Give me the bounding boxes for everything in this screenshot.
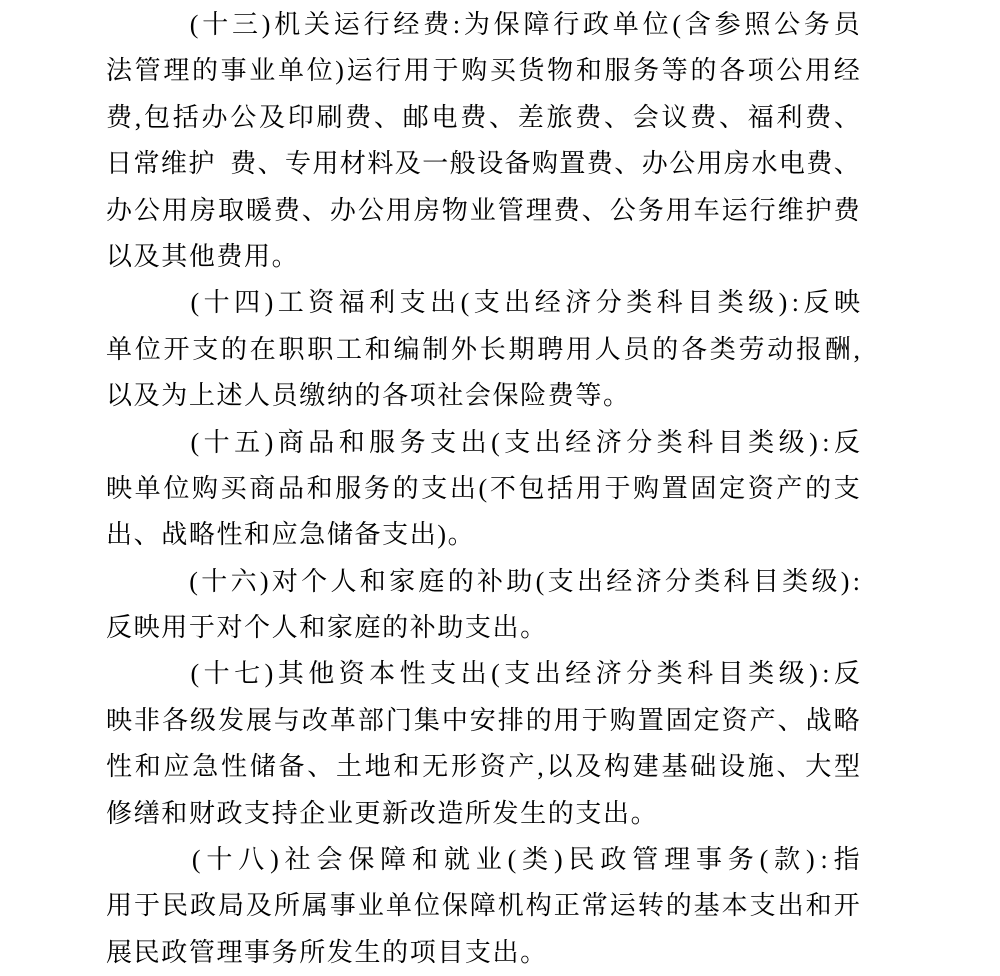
glyph: ( xyxy=(190,2,199,48)
glyph: 的 xyxy=(192,48,218,94)
glyph: 费 xyxy=(575,95,601,141)
glyph: 维 xyxy=(778,188,804,234)
glyph: ( xyxy=(190,420,199,466)
glyph: 展 xyxy=(246,698,272,744)
paragraph-十八: (十八)社会保障和就业(类)民政管理事务(款):指用于民政局及所属事业单位保障机… xyxy=(106,837,860,976)
glyph: : xyxy=(822,651,829,697)
glyph: 务 xyxy=(728,837,754,883)
glyph: 费 xyxy=(805,95,831,141)
glyph: 类 xyxy=(782,559,808,605)
glyph: 运 xyxy=(334,2,360,48)
text-line: (十六)对个人和家庭的补助(支出经济分类科目类级): xyxy=(106,559,860,605)
glyph: 编 xyxy=(394,327,420,373)
glyph: 购 xyxy=(633,466,659,512)
glyph: 科 xyxy=(687,420,713,466)
glyph: 福 xyxy=(339,280,365,326)
glyph: 公 xyxy=(774,2,800,48)
glyph: 转 xyxy=(638,883,664,929)
glyph: 位 xyxy=(163,466,189,512)
glyph: 经 xyxy=(606,559,632,605)
glyph: 费 xyxy=(806,141,832,187)
glyph: 备 xyxy=(505,141,531,187)
text-line: 反映用于对个人和家庭的补助支出。 xyxy=(106,605,860,651)
glyph: 及 xyxy=(395,141,421,187)
glyph: 位 xyxy=(307,48,333,94)
glyph: 、 xyxy=(374,95,400,141)
glyph: 费 xyxy=(216,234,242,280)
glyph: 以 xyxy=(106,234,132,280)
glyph: , xyxy=(537,744,544,790)
glyph: 购 xyxy=(192,466,218,512)
glyph: 资 xyxy=(339,651,365,697)
glyph: 安 xyxy=(470,698,496,744)
glyph: 理 xyxy=(664,837,690,883)
glyph: 支 xyxy=(474,280,500,326)
text-line: 修缮和财政支持企业更新改造所发生的支出。 xyxy=(106,791,860,837)
glyph: 买 xyxy=(221,466,247,512)
glyph: 费 xyxy=(460,95,486,141)
glyph: 支 xyxy=(834,466,860,512)
glyph: 形 xyxy=(451,744,477,790)
glyph: 类 xyxy=(657,420,683,466)
text-block: (十三)机关运行经费:为保障行政单位(含参照公务员法管理的事业单位)运行用于购买… xyxy=(106,2,860,976)
glyph: 固 xyxy=(666,698,692,744)
glyph: 社 xyxy=(437,373,463,419)
glyph: 和 xyxy=(576,48,602,94)
glyph: 排 xyxy=(498,698,524,744)
glyph: 十 xyxy=(204,280,230,326)
glyph: 公 xyxy=(230,95,256,141)
glyph: 房 xyxy=(190,188,216,234)
glyph: 职 xyxy=(307,327,333,373)
glyph: 费 xyxy=(548,373,574,419)
glyph: ) xyxy=(554,837,563,883)
glyph: 。 xyxy=(272,234,298,280)
glyph: ( xyxy=(672,2,681,48)
text-line: 出、战略性和应急储备支出)。 xyxy=(106,512,860,558)
glyph: 机 xyxy=(274,2,300,48)
glyph: 理 xyxy=(163,48,189,94)
glyph: 政 xyxy=(190,883,216,929)
glyph: 行 xyxy=(364,2,390,48)
glyph: 八 xyxy=(238,837,264,883)
glyph: 公 xyxy=(776,48,802,94)
glyph: 理 xyxy=(216,930,242,976)
glyph: 为 xyxy=(161,373,187,419)
glyph: 类 xyxy=(748,651,774,697)
glyph: 务 xyxy=(633,48,659,94)
glyph: 邮 xyxy=(403,95,429,141)
glyph: 济 xyxy=(636,559,662,605)
glyph: 助 xyxy=(437,605,463,651)
glyph: 企 xyxy=(299,791,325,837)
glyph: 支 xyxy=(504,651,530,697)
paragraph-十四: (十四)工资福利支出(支出经济分类科目类级):反映单位开支的在职职工和编制外长期… xyxy=(106,280,860,419)
glyph: ) xyxy=(809,420,818,466)
glyph: 映 xyxy=(106,698,132,744)
glyph: 保 xyxy=(348,837,374,883)
glyph: 分 xyxy=(626,651,652,697)
glyph: 事 xyxy=(330,883,356,929)
glyph: 集 xyxy=(414,698,440,744)
text-line: (十五)商品和服务支出(支出经济分类科目类级):反 xyxy=(106,420,860,466)
glyph: 产 xyxy=(750,698,776,744)
glyph: 济 xyxy=(565,280,591,326)
glyph: 外 xyxy=(451,327,477,373)
glyph: 支 xyxy=(504,420,530,466)
glyph: 目 xyxy=(718,420,744,466)
glyph: 参 xyxy=(715,2,741,48)
glyph: 般 xyxy=(450,141,476,187)
glyph: 单 xyxy=(278,48,304,94)
glyph: 于 xyxy=(582,698,608,744)
glyph: 述 xyxy=(216,373,242,419)
glyph: 支 xyxy=(575,791,601,837)
glyph: 项 xyxy=(410,930,436,976)
glyph: 的 xyxy=(354,373,380,419)
glyph: 材 xyxy=(340,141,366,187)
glyph: ( xyxy=(461,280,470,326)
glyph: 他 xyxy=(189,234,215,280)
glyph: 运 xyxy=(347,48,373,94)
glyph: 正 xyxy=(554,883,580,929)
document-page: { "page": { "background": "#ffffff", "te… xyxy=(0,0,1000,976)
glyph: 人 xyxy=(330,559,356,605)
glyph: 费 xyxy=(106,95,132,141)
glyph: 改 xyxy=(302,698,328,744)
glyph: 等 xyxy=(575,373,601,419)
glyph: 政 xyxy=(161,930,187,976)
glyph: 用 xyxy=(161,605,187,651)
glyph: 目 xyxy=(687,280,713,326)
glyph: 务 xyxy=(400,420,426,466)
glyph: 不 xyxy=(490,466,516,512)
glyph: 局 xyxy=(218,883,244,929)
glyph: 含 xyxy=(685,2,711,48)
glyph: ) xyxy=(260,559,269,605)
glyph: 暖 xyxy=(246,188,272,234)
glyph: 事 xyxy=(221,48,247,94)
glyph: 期 xyxy=(509,327,535,373)
glyph: 出 xyxy=(535,420,561,466)
glyph: 位 xyxy=(135,327,161,373)
glyph: 办 xyxy=(106,188,132,234)
text-line: (十八)社会保障和就业(类)民政管理事务(款):指 xyxy=(106,837,860,883)
glyph: 单 xyxy=(135,466,161,512)
glyph: 础 xyxy=(690,744,716,790)
glyph: 其 xyxy=(161,234,187,280)
glyph: 反 xyxy=(106,605,132,651)
glyph: 改 xyxy=(410,791,436,837)
glyph: 业 xyxy=(476,837,502,883)
glyph: 目 xyxy=(718,651,744,697)
glyph: 于 xyxy=(604,466,630,512)
glyph: 理 xyxy=(526,188,552,234)
glyph: 本 xyxy=(722,883,748,929)
glyph: 和 xyxy=(806,883,832,929)
glyph: 缮 xyxy=(134,791,160,837)
glyph: 分 xyxy=(665,559,691,605)
glyph: 置 xyxy=(638,698,664,744)
glyph: ) xyxy=(806,837,815,883)
glyph: : xyxy=(853,559,860,605)
glyph: 本 xyxy=(369,651,395,697)
glyph: 建 xyxy=(633,744,659,790)
glyph: 业 xyxy=(249,48,275,94)
glyph: 刷 xyxy=(316,95,342,141)
glyph: 出 xyxy=(430,280,456,326)
glyph: 三 xyxy=(232,2,258,48)
glyph: 性 xyxy=(221,744,247,790)
glyph: 保 xyxy=(442,883,468,929)
glyph: ( xyxy=(760,837,769,883)
glyph: 科 xyxy=(657,280,683,326)
glyph: 出 xyxy=(778,883,804,929)
text-line: 映非各级发展与改革部门集中安排的用于购置固定资产、战略 xyxy=(106,698,860,744)
glyph: 性 xyxy=(400,651,426,697)
glyph: 保 xyxy=(494,2,520,48)
glyph: 修 xyxy=(106,791,132,837)
glyph: 费 xyxy=(230,141,256,187)
glyph: 和 xyxy=(299,605,325,651)
glyph: 常 xyxy=(582,883,608,929)
glyph: 略 xyxy=(834,698,860,744)
glyph: ( xyxy=(491,651,500,697)
glyph: 缴 xyxy=(299,373,325,419)
glyph: 的 xyxy=(382,605,408,651)
glyph: 目 xyxy=(437,930,463,976)
glyph: 务 xyxy=(638,188,664,234)
glyph: 、 xyxy=(778,698,804,744)
glyph: 职 xyxy=(279,327,305,373)
glyph: 工 xyxy=(278,280,304,326)
glyph: 民 xyxy=(134,930,160,976)
glyph: 物 xyxy=(442,188,468,234)
first-line-indent xyxy=(106,581,186,582)
glyph: 所 xyxy=(274,883,300,929)
text-line: 展民政管理事务所发生的项目支出。 xyxy=(106,930,860,976)
glyph: 品 xyxy=(308,420,334,466)
glyph: 型 xyxy=(834,744,860,790)
glyph: 办 xyxy=(642,141,668,187)
glyph: 的 xyxy=(548,791,574,837)
glyph: 出 xyxy=(493,930,519,976)
glyph: 房 xyxy=(724,141,750,187)
glyph: 人 xyxy=(244,373,270,419)
glyph: 为 xyxy=(464,2,490,48)
glyph: 备 xyxy=(279,744,305,790)
glyph: 费 xyxy=(423,2,449,48)
glyph: 经 xyxy=(565,651,591,697)
glyph: 。 xyxy=(448,512,474,558)
glyph: 业 xyxy=(358,883,384,929)
glyph: 购 xyxy=(461,48,487,94)
glyph: 险 xyxy=(520,373,546,419)
glyph: 人 xyxy=(272,605,298,651)
glyph: 费 xyxy=(587,141,613,187)
glyph: 业 xyxy=(327,791,353,837)
glyph: 用 xyxy=(404,48,430,94)
glyph: 各 xyxy=(382,373,408,419)
glyph: 电 xyxy=(779,141,805,187)
glyph: 工 xyxy=(336,327,362,373)
glyph: 大 xyxy=(805,744,831,790)
glyph: 级 xyxy=(779,651,805,697)
glyph: 保 xyxy=(493,373,519,419)
glyph: 支 xyxy=(465,605,491,651)
glyph: 科 xyxy=(724,559,750,605)
glyph: 服 xyxy=(369,420,395,466)
glyph: 所 xyxy=(465,791,491,837)
glyph: 定 xyxy=(719,466,745,512)
glyph: 单 xyxy=(106,327,132,373)
glyph: 指 xyxy=(834,837,860,883)
glyph: 定 xyxy=(694,698,720,744)
glyph: 十 xyxy=(204,651,230,697)
glyph: 购 xyxy=(610,698,636,744)
glyph: 用 xyxy=(244,234,270,280)
glyph: 土 xyxy=(336,744,362,790)
glyph: 单 xyxy=(386,883,412,929)
glyph: 基 xyxy=(661,744,687,790)
glyph: 反 xyxy=(834,420,860,466)
glyph: 公 xyxy=(669,141,695,187)
glyph: 于 xyxy=(134,883,160,929)
glyph: 映 xyxy=(834,280,860,326)
glyph: 济 xyxy=(596,420,622,466)
glyph: 政 xyxy=(583,2,609,48)
glyph: 的 xyxy=(690,48,716,94)
glyph: 反 xyxy=(834,651,860,697)
glyph: 法 xyxy=(106,48,132,94)
glyph: 略 xyxy=(189,512,215,558)
glyph: 分 xyxy=(596,280,622,326)
glyph: 的 xyxy=(805,466,831,512)
glyph: 包 xyxy=(519,466,545,512)
glyph: 于 xyxy=(433,48,459,94)
glyph: 个 xyxy=(244,605,270,651)
paragraph-十五: (十五)商品和服务支出(支出经济分类科目类级):反映单位购买商品和服务的支出(不… xyxy=(106,420,860,559)
glyph: 支 xyxy=(465,930,491,976)
glyph: 出 xyxy=(461,651,487,697)
glyph: 对 xyxy=(216,605,242,651)
glyph: 及 xyxy=(575,744,601,790)
glyph: 务 xyxy=(364,466,390,512)
glyph: 部 xyxy=(358,698,384,744)
glyph: ( xyxy=(536,559,545,605)
glyph: 等 xyxy=(662,48,688,94)
glyph: 和 xyxy=(394,744,420,790)
glyph: 运 xyxy=(610,883,636,929)
glyph: 在 xyxy=(250,327,276,373)
glyph: 报 xyxy=(796,327,822,373)
glyph: 目 xyxy=(753,559,779,605)
glyph: 用 xyxy=(697,141,723,187)
glyph: 房 xyxy=(414,188,440,234)
glyph: 出 xyxy=(535,651,561,697)
glyph: 用 xyxy=(386,188,412,234)
glyph: 、 xyxy=(776,744,802,790)
glyph: 长 xyxy=(480,327,506,373)
glyph: 、 xyxy=(489,95,515,141)
glyph: 的 xyxy=(652,327,678,373)
glyph: 款 xyxy=(774,837,800,883)
glyph: 映 xyxy=(106,466,132,512)
glyph: 管 xyxy=(135,48,161,94)
text-line: 单位开支的在职职工和编制外长期聘用人员的各类劳动报酬, xyxy=(106,327,860,373)
glyph: 用 xyxy=(554,698,580,744)
glyph: 劳 xyxy=(739,327,765,373)
glyph: 支 xyxy=(750,883,776,929)
glyph: 出 xyxy=(504,280,530,326)
glyph: 非 xyxy=(134,698,160,744)
glyph: 支 xyxy=(430,651,456,697)
glyph: ) xyxy=(335,48,344,94)
glyph: 生 xyxy=(520,791,546,837)
glyph: 常 xyxy=(133,141,159,187)
text-line: 性和应急性储备、土地和无形资产,以及构建基础设施、大型 xyxy=(106,744,860,790)
glyph: 发 xyxy=(327,930,353,976)
glyph: 公 xyxy=(610,188,636,234)
glyph: 开 xyxy=(834,883,860,929)
glyph: 支 xyxy=(192,327,218,373)
text-line: 映单位购买商品和服务的支出(不包括用于购置固定资产的支 xyxy=(106,466,860,512)
glyph: 料 xyxy=(367,141,393,187)
glyph: 各 xyxy=(719,48,745,94)
glyph: 级 xyxy=(748,280,774,326)
glyph: 分 xyxy=(626,420,652,466)
glyph: 公 xyxy=(134,188,160,234)
glyph: 的 xyxy=(221,327,247,373)
glyph: 务 xyxy=(272,930,298,976)
glyph: 和 xyxy=(360,559,386,605)
glyph: 维 xyxy=(161,141,187,187)
glyph: 类 xyxy=(626,280,652,326)
glyph: 级 xyxy=(779,420,805,466)
glyph: 用 xyxy=(666,188,692,234)
text-line: (十四)工资福利支出(支出经济分类科目类级):反映 xyxy=(106,280,860,326)
text-line: 费,包括办公及印刷费、邮电费、差旅费、会议费、福利费、 xyxy=(106,95,860,141)
glyph: 服 xyxy=(604,48,630,94)
glyph: 地 xyxy=(365,744,391,790)
glyph: 性 xyxy=(106,744,132,790)
glyph: 、 xyxy=(834,141,860,187)
glyph: 构 xyxy=(604,744,630,790)
glyph: 固 xyxy=(690,466,716,512)
glyph: 员 xyxy=(272,373,298,419)
glyph: 物 xyxy=(547,48,573,94)
glyph: 括 xyxy=(173,95,199,141)
glyph: 日 xyxy=(106,141,132,187)
glyph: 费 xyxy=(554,188,580,234)
glyph: 费 xyxy=(345,95,371,141)
glyph: 设 xyxy=(719,744,745,790)
glyph: 级 xyxy=(190,698,216,744)
text-line: 以及其他费用。 xyxy=(106,234,860,280)
glyph: 经 xyxy=(565,420,591,466)
glyph: 行 xyxy=(553,2,579,48)
glyph: 、 xyxy=(604,95,630,141)
glyph: 行 xyxy=(375,48,401,94)
glyph: 括 xyxy=(547,466,573,512)
glyph: 利 xyxy=(776,95,802,141)
glyph: 位 xyxy=(414,883,440,929)
glyph: 十 xyxy=(204,420,230,466)
glyph: 四 xyxy=(234,280,260,326)
glyph: 水 xyxy=(751,141,777,187)
glyph: : xyxy=(821,837,828,883)
glyph: 五 xyxy=(234,420,260,466)
